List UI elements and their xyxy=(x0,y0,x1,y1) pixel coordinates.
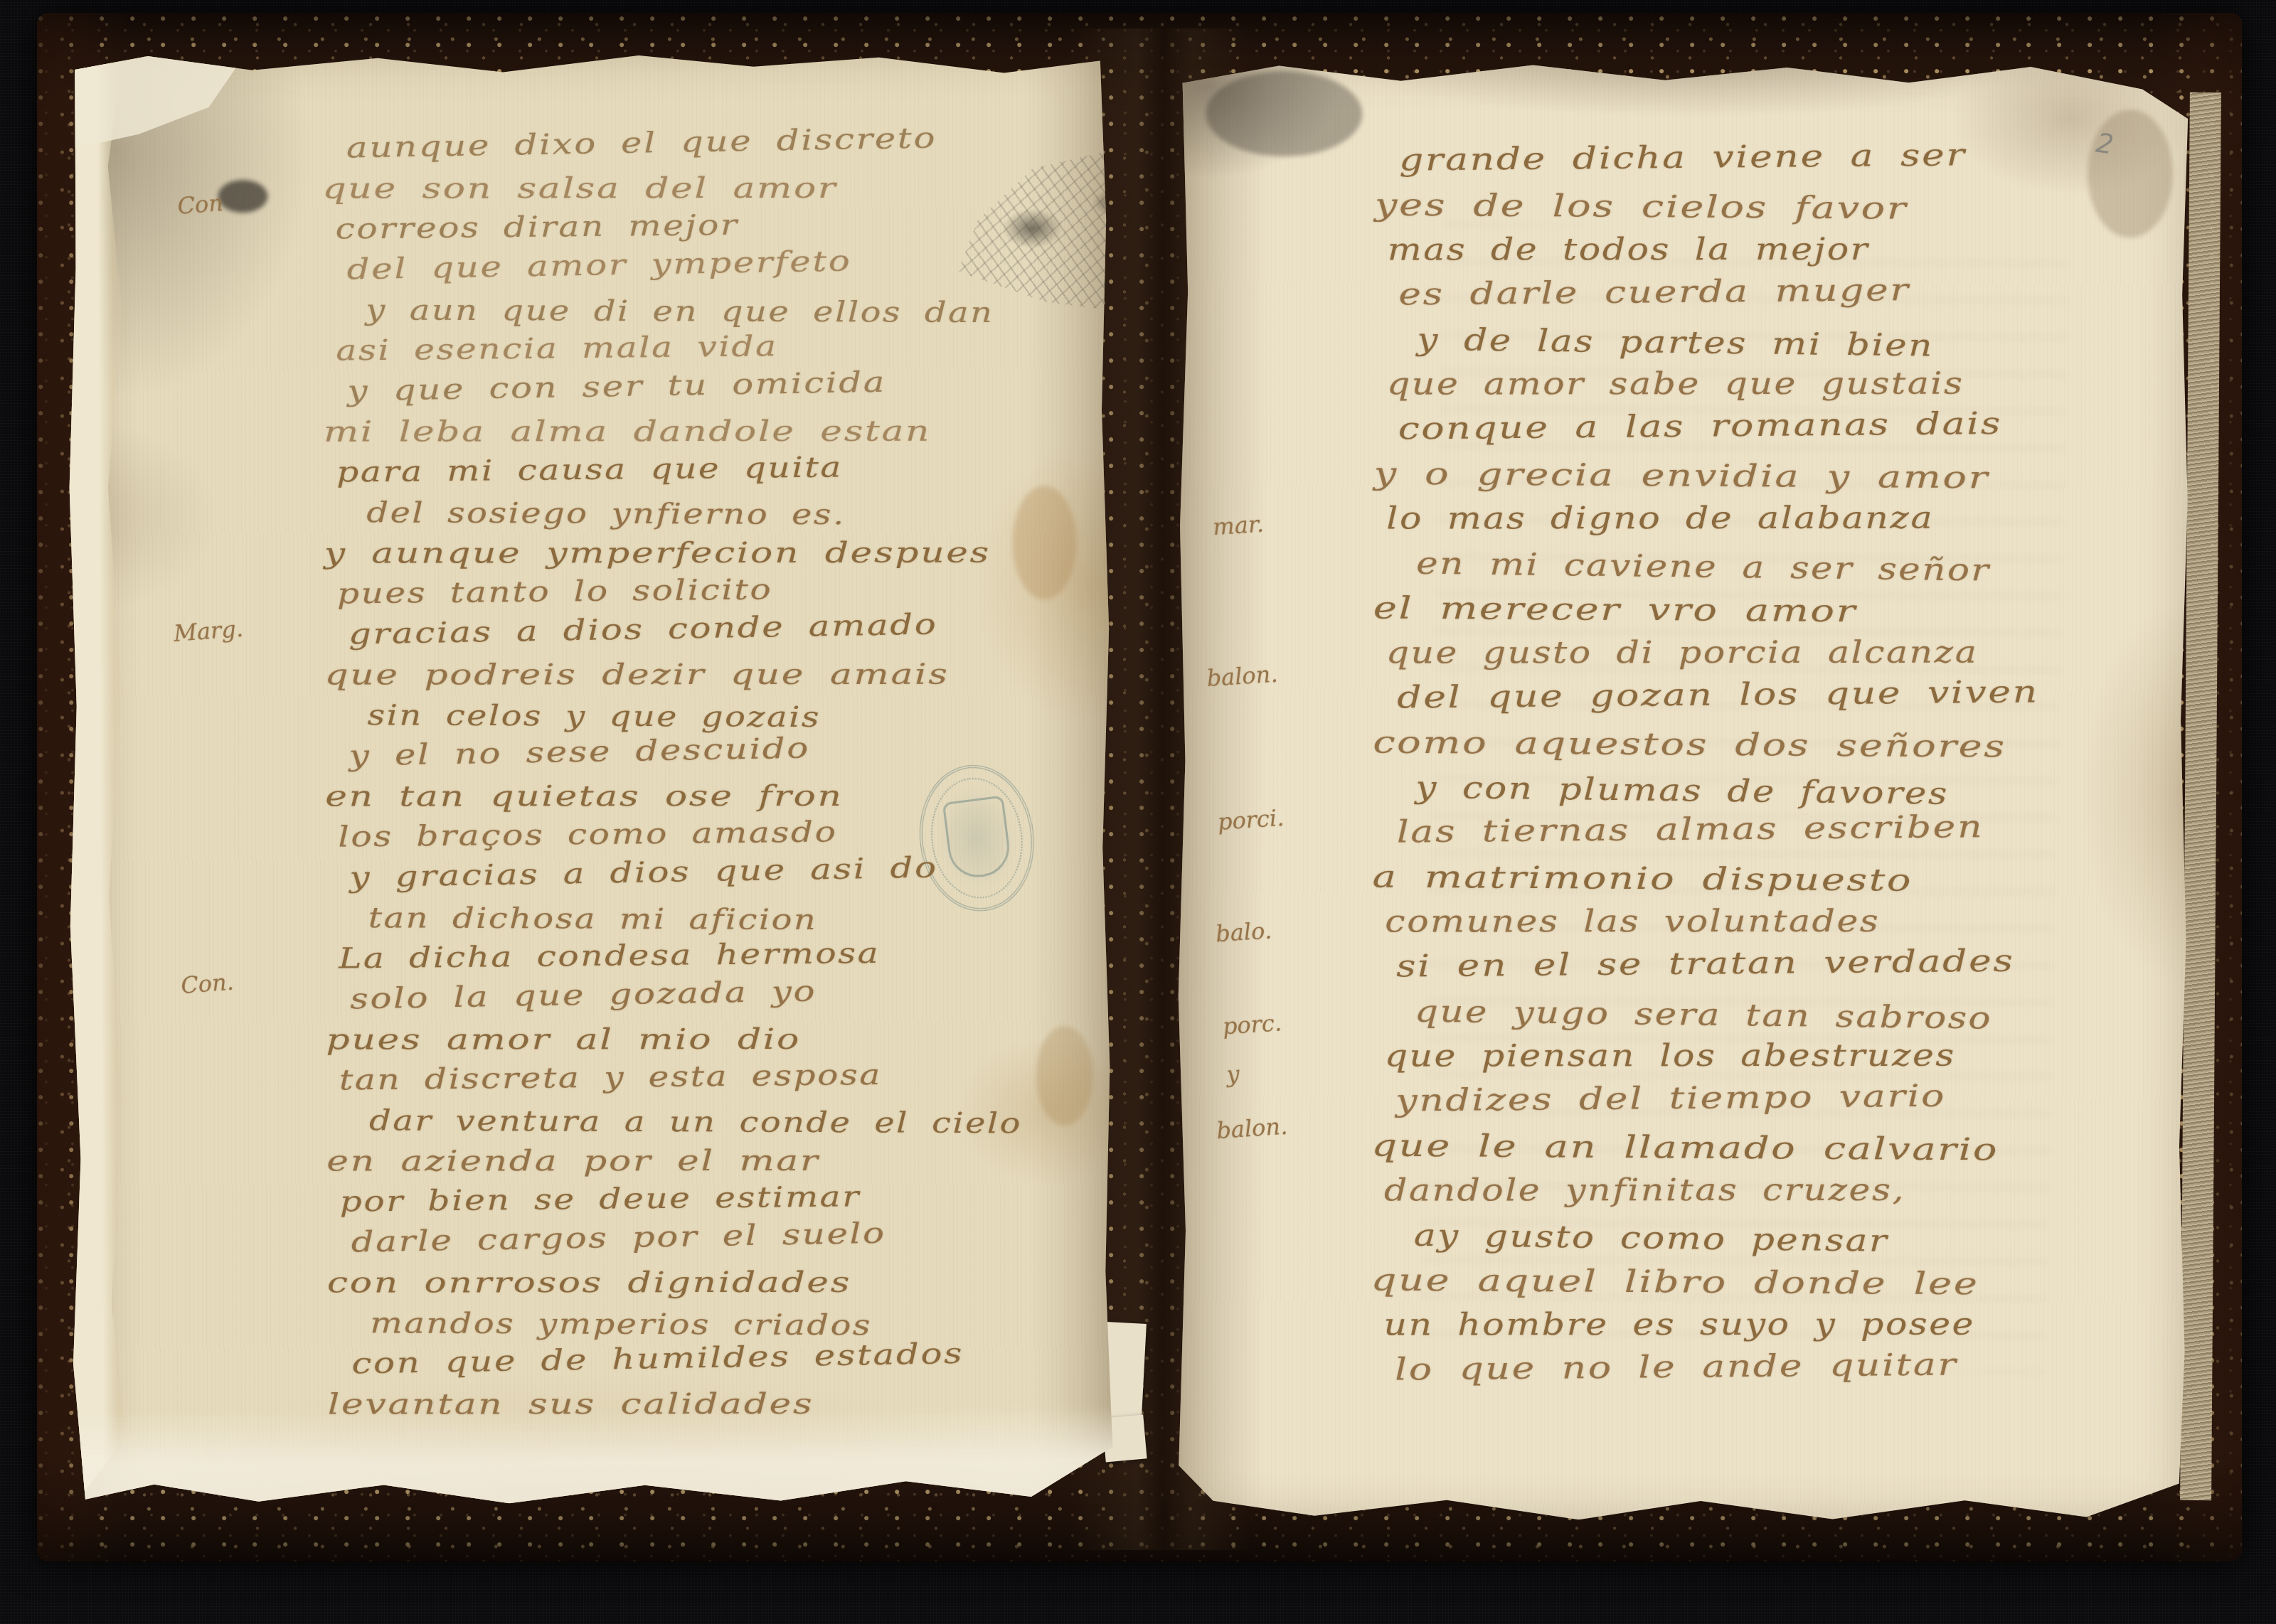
manuscript-line: yndizes del tiempo vario xyxy=(1395,1075,2276,1128)
margin-speaker-label: Con xyxy=(176,189,224,220)
ink-smudge xyxy=(218,180,267,213)
manuscript-line: lo mas digno de alabanza xyxy=(1386,500,2276,545)
manuscript-line: es darle cuerda muger xyxy=(1398,269,2276,322)
manuscript-line: dandole ynfinitas cruzes, xyxy=(1384,1172,2276,1217)
margin-speaker-label: porci. xyxy=(1217,804,1285,835)
margin-speaker-label: balo. xyxy=(1215,917,1272,947)
handwritten-text-column: aunque dixo el que discreto que son sals… xyxy=(335,129,1080,1429)
margin-speaker-label: balon. xyxy=(1206,661,1278,693)
manuscript-line: si en el se tratan verdades xyxy=(1396,941,2276,994)
manuscript-line: lo que no le ande quitar xyxy=(1395,1344,2276,1397)
manuscript-line: como aquestos dos señores xyxy=(1373,725,2276,776)
manuscript-line: del sosiego ynfierno es. xyxy=(366,496,1218,540)
margin-speaker-label: mar. xyxy=(1212,510,1265,540)
handwritten-text-column: grande dicha viene a ser yes de los ciel… xyxy=(1383,143,2156,1400)
left-page: 17 Con Marg. Con. aunque dixo el que dis… xyxy=(65,45,1115,1510)
right-page: 2 mar. balon. porci. balo. porc. y balon… xyxy=(1172,57,2193,1528)
margin-speaker-label: Con. xyxy=(180,968,235,999)
manuscript-photo: 17 Con Marg. Con. aunque dixo el que dis… xyxy=(0,0,2276,1624)
manuscript-line: dar ventura a un conde el cielo xyxy=(369,1104,1221,1148)
manuscript-line: grande dicha viene a ser xyxy=(1399,134,2276,188)
manuscript-line: conque a las romanas dais xyxy=(1398,403,2276,456)
margin-speaker-label: y xyxy=(1225,1060,1240,1088)
margin-speaker-label: porc. xyxy=(1222,1009,1282,1040)
manuscript-line: las tiernas almas escriben xyxy=(1396,806,2276,860)
manuscript-line: del que gozan los que viven xyxy=(1397,672,2276,725)
manuscript-line: tan discreta y esta esposa xyxy=(339,1055,1242,1105)
stain xyxy=(1206,71,1362,157)
margin-speaker-label: balon. xyxy=(1216,1113,1288,1145)
margin-speaker-label: Marg. xyxy=(173,615,244,647)
